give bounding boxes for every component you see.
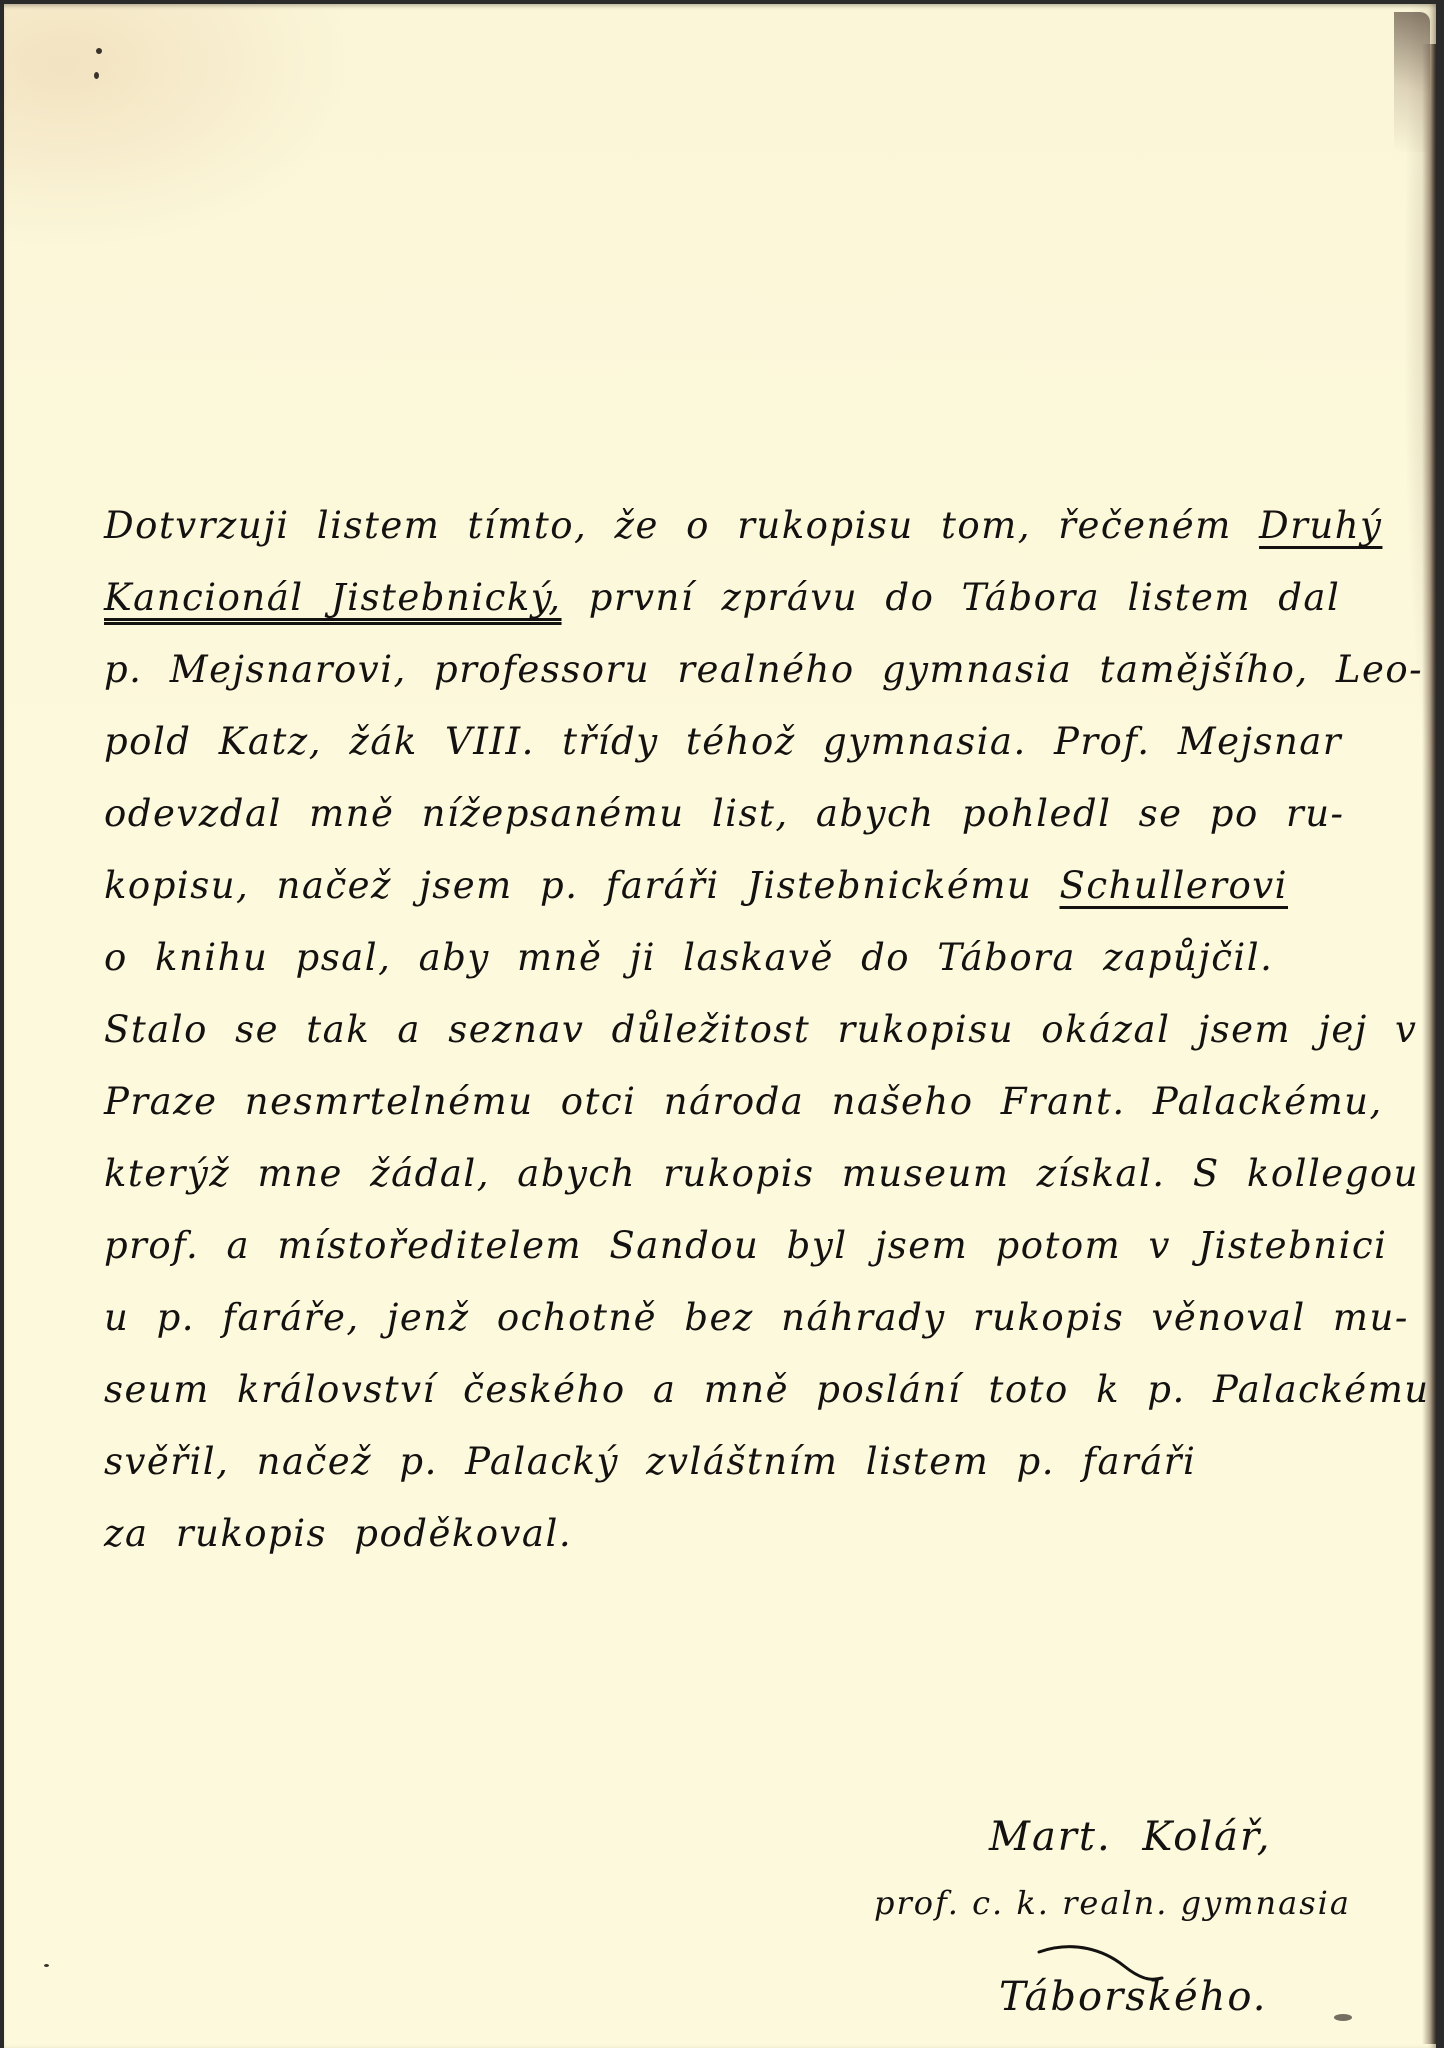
letter-line-9: Praze nesmrtelnému otci národa našeho Fr… [104,1072,1434,1144]
scan-frame: Dotvrzuji listem tímto, že o rukopisu to… [0,0,1444,2048]
letter-line-11-text: prof. a místoředitelem Sandou byl jsem p… [104,1224,1387,1267]
signature-place: Táborského. [999,1974,1268,2020]
letter-line-4: pold Katz, žák VIII. třídy téhož gymnasi… [104,712,1434,784]
letter-line-7-text: o knihu psal, aby mně ji laskavě do Tábo… [104,936,1273,979]
letter-line-5: odevzdal mně nížepsanému list, abych poh… [104,784,1434,856]
letter-line-12-text: u p. faráře, jenž ochotně bez náhrady ru… [104,1296,1409,1339]
letter-line-11: prof. a místoředitelem Sandou byl jsem p… [104,1216,1434,1288]
letter-line-8-text: Stalo se tak a seznav důležitost rukopis… [104,1008,1417,1051]
letter-line-5-text: odevzdal mně nížepsanému list, abych poh… [104,792,1345,835]
underlined-kancional-jistebnicky: Kancionál Jistebnický, [104,576,562,619]
signature-title: prof. c. k. realn. gymnasia [874,1884,1351,1922]
letter-line-3-text: p. Mejsnarovi, professoru realného gymna… [104,648,1423,691]
letter-line-12: u p. faráře, jenž ochotně bez náhrady ru… [104,1288,1434,1360]
letter-line-13-text: seum království českého a mně poslání to… [104,1368,1430,1411]
letter-line-10-text: kterýž mne žádal, abych rukopis museum z… [104,1152,1419,1195]
letter-line-9-text: Praze nesmrtelnému otci národa našeho Fr… [104,1080,1383,1123]
letter-line-1-text: Dotvrzuji listem tímto, že o rukopisu to… [104,504,1232,547]
letter-line-1: Dotvrzuji listem tímto, že o rukopisu to… [104,496,1434,568]
letter-line-13: seum království českého a mně poslání to… [104,1360,1434,1432]
letter-line-14: svěřil, načež p. Palacký zvláštním liste… [104,1432,1434,1504]
letter-line-2-text: první zprávu do Tábora listem dal [589,576,1341,619]
letter-body: Dotvrzuji listem tímto, že o rukopisu to… [104,496,1434,1576]
letter-line-8: Stalo se tak a seznav důležitost rukopis… [104,1000,1434,1072]
letter-line-10: kterýž mne žádal, abych rukopis museum z… [104,1144,1434,1216]
signature-name: Mart. Kolář, [989,1814,1271,1860]
letter-line-3: p. Mejsnarovi, professoru realného gymna… [104,640,1434,712]
letter-line-7: o knihu psal, aby mně ji laskavě do Tábo… [104,928,1434,1000]
letter-line-4-text: pold Katz, žák VIII. třídy téhož gymnasi… [104,720,1342,763]
ink-speck [96,48,102,54]
manuscript-page: Dotvrzuji listem tímto, že o rukopisu to… [4,4,1436,2048]
ink-speck [1334,2014,1352,2021]
underlined-schullerovi: Schullerovi [1060,864,1289,907]
letter-line-6: kopisu, načež jsem p. faráři Jistebnické… [104,856,1434,928]
corner-stain [1394,12,1430,152]
letter-line-2: Kancionál Jistebnický, první zprávu do T… [104,568,1434,640]
underlined-druhy: Druhý [1259,504,1382,547]
letter-line-6-text: kopisu, načež jsem p. faráři Jistebnické… [104,864,1032,907]
letter-line-15: za rukopis poděkoval. [104,1504,1434,1576]
letter-line-14-text: svěřil, načež p. Palacký zvláštním liste… [104,1440,1196,1483]
letter-line-15-text: za rukopis poděkoval. [104,1512,572,1555]
ink-speck [94,72,99,79]
ink-speck [44,1964,49,1967]
